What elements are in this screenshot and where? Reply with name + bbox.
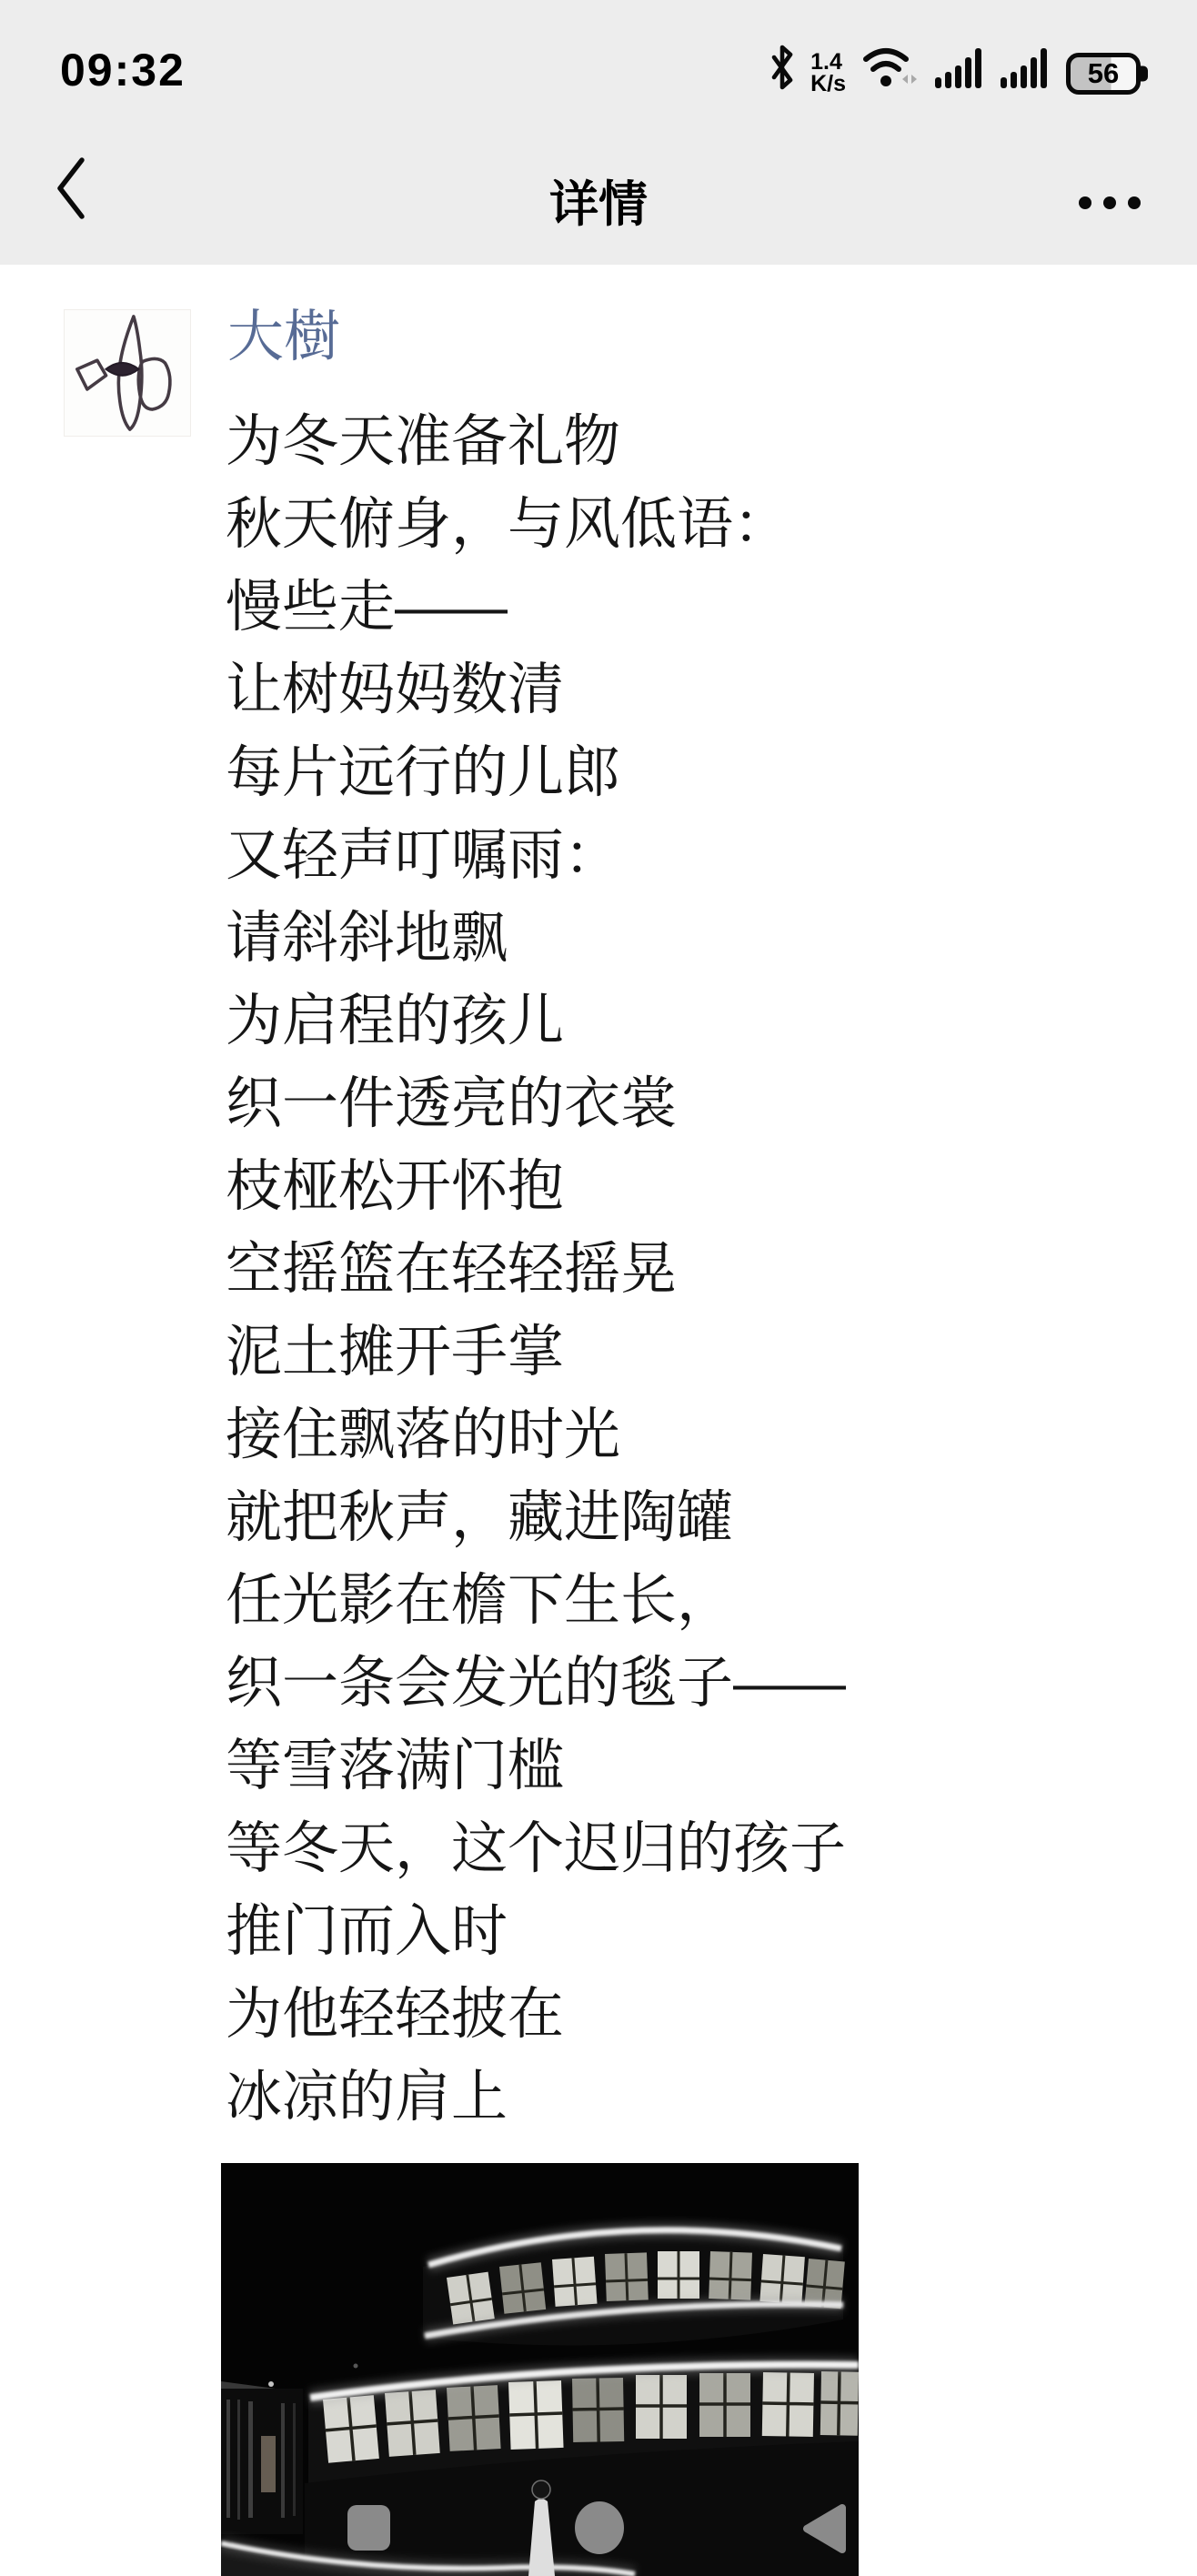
poem-line: 每片远行的儿郎: [226, 731, 1153, 814]
signal-bars-icon-sim1: [935, 46, 984, 95]
poem-line: 就把秋声，藏进陶罐: [226, 1476, 1153, 1559]
home-button[interactable]: [575, 2501, 624, 2554]
poem-line: 织一件透亮的衣裳: [226, 1062, 1153, 1145]
status-icons: 1.4 K/s: [770, 49, 1141, 95]
signal-bars-icon-sim2: [1001, 46, 1050, 95]
network-speed-value: 1.4: [810, 51, 842, 73]
poem-line: 为冬天准备礼物: [226, 400, 1153, 483]
poem-line: 织一条会发光的毯子——: [226, 1642, 1153, 1725]
back-triangle-icon: [802, 2542, 846, 2558]
more-button[interactable]: [1079, 187, 1141, 218]
header-bar: 09:32 1.4 K/s: [0, 0, 1197, 265]
status-time: 09:32: [60, 44, 186, 96]
poem-line: 冰凉的肩上: [226, 2056, 1153, 2138]
battery-percent: 56: [1088, 57, 1119, 90]
back-nav-button[interactable]: [802, 2503, 846, 2554]
night-building-photo: [221, 2163, 859, 2576]
poem-line: 接住飘落的时光: [226, 1394, 1153, 1476]
avatar[interactable]: [64, 309, 191, 437]
poem-line: 任光影在檐下生长，: [226, 1559, 1153, 1642]
network-speed-indicator: 1.4 K/s: [810, 51, 846, 95]
wechat-moments-detail-screen: 09:32 1.4 K/s: [0, 0, 1197, 2576]
network-speed-unit: K/s: [810, 73, 846, 95]
poem-line: 请斜斜地飘: [226, 897, 1153, 980]
poem-line: 为启程的孩儿: [226, 980, 1153, 1062]
poem-line: 为他轻轻披在: [226, 1973, 1153, 2056]
avatar-sketch-image: [65, 424, 190, 439]
page-title: 详情: [0, 166, 1197, 236]
battery-icon: 56: [1066, 53, 1141, 95]
wifi-traffic-arrows-icon: [902, 75, 917, 84]
poem-line: 让树妈妈数清: [226, 649, 1153, 731]
more-icon: [1079, 196, 1141, 209]
poem-line: 空摇篮在轻轻摇晃: [226, 1228, 1153, 1311]
bluetooth-icon: [770, 45, 794, 95]
poem-line: 枝桠松开怀抱: [226, 1145, 1153, 1228]
recents-button[interactable]: [347, 2505, 390, 2551]
poem-line: 又轻声叮嘱雨：: [226, 814, 1153, 897]
author-name[interactable]: 大樹: [227, 300, 340, 375]
poem-line: 等冬天，这个迟归的孩子: [226, 1807, 1153, 1890]
post-photo[interactable]: [221, 2163, 859, 2576]
poem-line: 泥土摊开手掌: [226, 1311, 1153, 1394]
poem-line: 秋天俯身，与风低语：: [226, 483, 1153, 566]
poem-line: 慢些走——: [226, 566, 1153, 649]
post-text: 为冬天准备礼物秋天俯身，与风低语：慢些走——让树妈妈数清每片远行的儿郎又轻声叮嘱…: [226, 400, 1153, 2138]
poem-line: 等雪落满门槛: [226, 1725, 1153, 1807]
poem-line: 推门而入时: [226, 1890, 1153, 1973]
wifi-icon: [862, 45, 919, 95]
